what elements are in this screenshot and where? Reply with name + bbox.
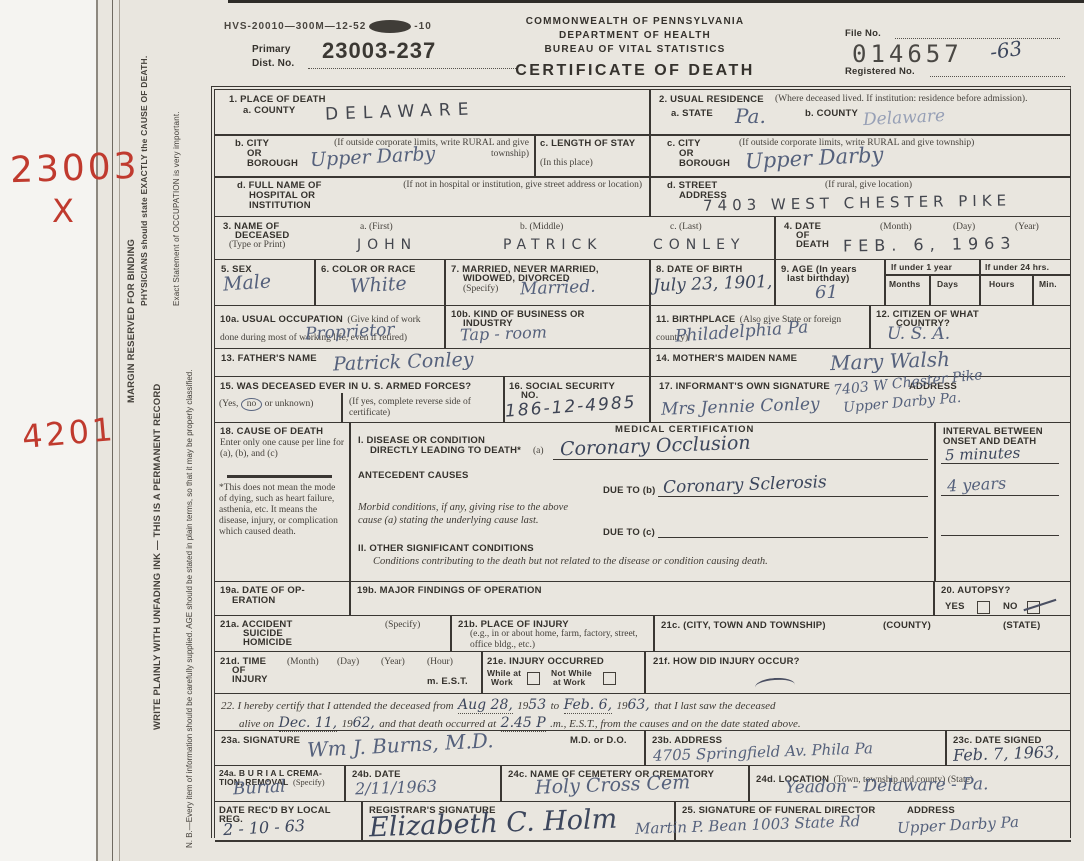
cert-text-1: 22. I hereby certify that I attended the… xyxy=(221,700,454,712)
burial-location-value: Yeadon - Delaware - Pa. xyxy=(785,774,989,798)
cert-alive-on: alive on xyxy=(239,718,274,730)
autopsy-yes-label: YES xyxy=(945,601,965,612)
pen-stroke-mark xyxy=(754,677,795,696)
fold-line xyxy=(119,0,120,861)
informant-signature: Mrs Jennie Conley xyxy=(661,394,820,420)
cause-a-tag: (a) xyxy=(533,446,544,457)
cause-note-2: *This does not mean the mode of dying, s… xyxy=(219,483,345,538)
burial-value: Burial xyxy=(233,777,287,800)
cert-19a: 19 xyxy=(517,700,528,712)
file-no-line xyxy=(895,38,1060,39)
physician-signature-label: 23a. SIGNATURE xyxy=(221,735,300,746)
attended-to-year: 63, xyxy=(627,697,649,713)
injury-day-label: (Day) xyxy=(337,657,359,668)
form-number: HVS-20010—300M—12-52 xyxy=(224,21,366,32)
injury-city-label: 21c. (CITY, TOWN AND TOWNSHIP) xyxy=(661,620,826,631)
fathers-name-label: 13. FATHER'S NAME xyxy=(221,353,317,364)
interval-b-value: 4 years xyxy=(947,473,1007,495)
file-no-label: File No. xyxy=(845,28,881,39)
physician-signature-value: Wm J. Burns, M.D. xyxy=(306,728,494,762)
citizen-value: U. S. A. xyxy=(887,324,950,344)
row-cause-of-death: 18. CAUSE OF DEATH Enter only one cause … xyxy=(215,423,1071,582)
red-annotation-x: X xyxy=(52,192,74,230)
industry-value: Tap - room xyxy=(460,322,547,344)
accident-label3: HOMICIDE xyxy=(243,637,292,648)
cert-19b: 19 xyxy=(616,700,627,712)
header-line2: DEPARTMENT OF HEALTH xyxy=(470,30,800,42)
informant-label: 17. INFORMANT'S OWN SIGNATURE xyxy=(659,381,830,392)
registered-number: 014657 xyxy=(852,40,963,68)
certificate-form: 1. PLACE OF DEATH a. COUNTY DELAWARE b. … xyxy=(211,86,1071,838)
row-operation-autopsy: 19a. DATE OF OP- ERATION 19b. MAJOR FIND… xyxy=(215,582,1071,616)
row-demographics: 5. SEX Male 6. COLOR OR RACE White 7. MA… xyxy=(215,260,1071,306)
due-to-c-label: DUE TO (c) xyxy=(603,527,655,538)
place-of-injury-hint: (e.g., in or about home, farm, factory, … xyxy=(470,629,645,651)
red-annotation-number: 4201 xyxy=(21,410,117,456)
attended-to-value: Feb. 6, xyxy=(564,697,612,714)
marital-hint: (Specify) xyxy=(463,284,498,295)
row-burial: 24a. B U R I A L CREMA- TION, REMOVAL (S… xyxy=(215,766,1071,802)
last-alive-year: 62, xyxy=(353,715,375,731)
injury-hour-label: (Hour) xyxy=(427,657,453,668)
cemetery-value: Holy Cross Cem xyxy=(535,771,691,798)
dod-year-label: (Year) xyxy=(1015,222,1039,233)
primary-label: Primary xyxy=(252,44,291,56)
first-name-value: JOHN xyxy=(357,237,417,253)
injury-est-label: m. E.S.T. xyxy=(427,676,468,687)
row-injury-place: 21a. ACCIDENT SUICIDE HOMICIDE (Specify)… xyxy=(215,616,1071,652)
not-while-at-work-checkbox xyxy=(603,672,616,685)
last-name-label: c. (Last) xyxy=(670,222,702,233)
autopsy-no-label: NO xyxy=(1003,601,1018,612)
mothers-name-value: Mary Walsh xyxy=(830,347,951,375)
first-name-label: a. (First) xyxy=(360,222,393,233)
primary-dist-number: 23003-237 xyxy=(322,38,436,64)
marital-value: Married. xyxy=(520,277,596,300)
hospital-label3: INSTITUTION xyxy=(249,200,311,211)
other-conditions-text: Conditions contributing to the death but… xyxy=(373,555,793,568)
funeral-address-value: Upper Darby Pa xyxy=(897,813,1020,837)
last-name-value: CONLEY xyxy=(653,237,745,253)
name-of-deceased-hint: (Type or Print) xyxy=(229,240,285,251)
burial-date-value: 2/11/1963 xyxy=(355,777,438,799)
stamp-blob-icon xyxy=(369,20,411,33)
form-number-suffix: -10 xyxy=(414,21,431,32)
row-place-residence: 1. PLACE OF DEATH a. COUNTY DELAWARE b. … xyxy=(215,90,1071,217)
months-label: Months xyxy=(889,280,920,290)
race-value: White xyxy=(349,273,407,298)
injury-state-label: (STATE) xyxy=(1003,620,1040,631)
length-of-stay-hint: (In this place) xyxy=(540,158,640,169)
attended-from-value: Aug 28, xyxy=(458,697,513,714)
min-label: Min. xyxy=(1039,280,1057,290)
dod-month-label: (Month) xyxy=(880,222,912,233)
date-recd-value: 2 - 10 - 63 xyxy=(223,816,306,839)
dod-day-label: (Day) xyxy=(953,222,975,233)
injury-occurred-label: 21e. INJURY OCCURRED xyxy=(487,656,604,667)
header-line1: COMMONWEALTH OF PENNSYLVANIA xyxy=(470,16,800,28)
cert-to: to xyxy=(551,700,560,712)
red-annotation-number: 23003 xyxy=(9,146,140,191)
last-alive-value: Dec. 11, xyxy=(279,715,338,732)
date-of-death-label-death: DEATH xyxy=(796,239,829,250)
cause-note-1: Enter only one cause per line for (a), (… xyxy=(220,438,344,460)
other-conditions-label: II. OTHER SIGNIFICANT CONDITIONS xyxy=(358,543,534,554)
street-address-value: 7403 WEST CHESTER PIKE xyxy=(703,191,1011,214)
armed-forces-opt-pre: (Yes, xyxy=(219,399,238,409)
armed-forces-hint: (If yes, complete reverse side of certif… xyxy=(349,397,497,419)
injury-county-label: (COUNTY) xyxy=(883,620,931,631)
residence-state-value: Pa. xyxy=(735,104,766,128)
row-occupation: 10a. USUAL OCCUPATION (Give kind of work… xyxy=(215,306,1071,349)
middle-name-label: b. (Middle) xyxy=(520,222,563,233)
armed-forces-answer: no xyxy=(241,398,263,411)
margin-note-occupation: Exact Statement of OCCUPATION is very im… xyxy=(172,6,181,306)
fathers-name-value: Patrick Conley xyxy=(333,349,474,376)
armed-forces-label: 15. WAS DECEASED EVER IN U. S. ARMED FOR… xyxy=(220,381,471,392)
accident-hint: (Specify) xyxy=(385,620,420,631)
death-certificate-scan: 23003 X 4201 PHYSICIANS should state EXA… xyxy=(0,0,1084,861)
header-block: COMMONWEALTH OF PENNSYLVANIA DEPARTMENT … xyxy=(470,16,800,80)
cert-text-4: .m., E.S.T., from the causes and on the … xyxy=(550,718,801,730)
autopsy-label: 20. AUTOPSY? xyxy=(941,585,1010,596)
form-number-line: HVS-20010—300M—12-52-10 xyxy=(224,20,432,33)
length-of-stay-label: c. LENGTH OF STAY xyxy=(540,138,640,149)
sex-value: Male xyxy=(222,270,272,295)
city-of-death-label-borough: BOROUGH xyxy=(247,158,298,169)
md-do-label: M.D. or D.O. xyxy=(570,735,627,746)
age-value: 61 xyxy=(815,282,838,303)
funeral-director-signature: Martin P. Bean 1003 State Rd xyxy=(635,812,861,838)
hospital-hint: (If not in hospital or institution, give… xyxy=(360,180,642,191)
row-name-dateofdeath: 3. NAME OF DECEASED (Type or Print) a. (… xyxy=(215,217,1071,260)
antecedent-label: ANTECEDENT CAUSES xyxy=(358,470,469,481)
header-line3: BUREAU OF VITAL STATISTICS xyxy=(470,44,800,56)
registered-number-suffix: -63 xyxy=(988,36,1023,64)
hours-label: Hours xyxy=(989,280,1015,290)
residence-county-label: b. COUNTY xyxy=(805,108,858,119)
date-of-birth-value: July 23, 1901, xyxy=(653,272,773,296)
cert-text-2: that I last saw the deceased xyxy=(654,700,775,712)
disease-condition-label2: DIRECTLY LEADING TO DEATH* xyxy=(370,445,521,456)
margin-note-nb: N. B.—Every item of information should b… xyxy=(184,300,210,848)
row-registrar: DATE REC'D BY LOCAL REG. 2 - 10 - 63 REG… xyxy=(215,802,1071,842)
county-of-death-label: a. COUNTY xyxy=(243,105,295,116)
due-to-b-label: DUE TO (b) xyxy=(603,485,656,496)
while-at-work-checkbox xyxy=(527,672,540,685)
registered-no-line xyxy=(930,76,1065,77)
county-of-death-value: DELAWARE xyxy=(325,99,476,124)
death-time-value: 2.45 P xyxy=(501,715,546,732)
while-at-work-label2: Work xyxy=(491,678,513,688)
autopsy-yes-checkbox xyxy=(977,601,990,614)
funeral-address-label: ADDRESS xyxy=(907,805,955,816)
middle-name-value: PATRICK xyxy=(503,237,602,253)
dist-no-label: Dist. No. xyxy=(252,58,294,70)
street-address-hint: (If rural, give location) xyxy=(825,180,912,191)
margin-note-binding: MARGIN RESERVED FOR BINDING xyxy=(126,188,137,403)
injury-month-label: (Month) xyxy=(287,657,319,668)
how-injury-label: 21f. HOW DID INJURY OCCUR? xyxy=(653,656,800,667)
injury-year-label: (Year) xyxy=(381,657,405,668)
not-while-at-work-label2: at Work xyxy=(553,678,585,688)
margin-note-write-plainly: WRITE PLAINLY WITH UNFADING INK — THIS I… xyxy=(152,250,163,730)
major-findings-label: 19b. MAJOR FINDINGS OF OPERATION xyxy=(357,585,542,596)
page-title: CERTIFICATE OF DEATH xyxy=(470,61,800,80)
under-1-year-label: If under 1 year xyxy=(891,263,952,273)
scan-edge xyxy=(228,0,1084,3)
residence-state-label: a. STATE xyxy=(671,108,713,119)
date-of-death-value: FEB. 6, 1963 xyxy=(843,233,1017,255)
cause-of-death-label: 18. CAUSE OF DEATH xyxy=(220,426,323,437)
under-24hrs-label: If under 24 hrs. xyxy=(985,263,1049,273)
date-signed-value: Feb. 7, 1963, xyxy=(953,742,1060,765)
morbid-note: Morbid conditions, if any, giving rise t… xyxy=(358,501,588,527)
row-physician: 23a. SIGNATURE Wm J. Burns, M.D. M.D. or… xyxy=(215,731,1071,766)
interval-a-value: 5 minutes xyxy=(945,444,1021,465)
days-label: Days xyxy=(937,280,958,290)
residence-city-label-borough: BOROUGH xyxy=(679,158,730,169)
burial-hint: (Specify) xyxy=(293,778,325,788)
time-of-injury-label-injury: INJURY xyxy=(232,674,268,685)
registered-no-label: Registered No. xyxy=(845,66,915,77)
attended-from-year: 53 xyxy=(528,697,546,713)
row-injury-time: 21d. TIME OF INJURY (Month) (Day) (Year)… xyxy=(215,652,1071,694)
row-certification-statement: 22. I hereby certify that I attended the… xyxy=(215,694,1071,731)
cert-19c: 19 xyxy=(342,718,353,730)
row-armedforces-ssn-informant: 15. WAS DECEASED EVER IN U. S. ARMED FOR… xyxy=(215,377,1071,423)
margin-note-physicians: PHYSICIANS should state EXACTLY the CAUS… xyxy=(140,6,150,306)
place-of-death-title: 1. PLACE OF DEATH xyxy=(229,94,326,105)
mothers-name-label: 14. MOTHER'S MAIDEN NAME xyxy=(656,353,797,364)
residence-county-value: Delaware xyxy=(863,106,946,130)
date-of-operation-label2: ERATION xyxy=(232,595,275,606)
armed-forces-opt-post: or unknown) xyxy=(265,399,314,409)
usual-residence-hint: (Where deceased lived. If institution: r… xyxy=(775,94,1065,105)
